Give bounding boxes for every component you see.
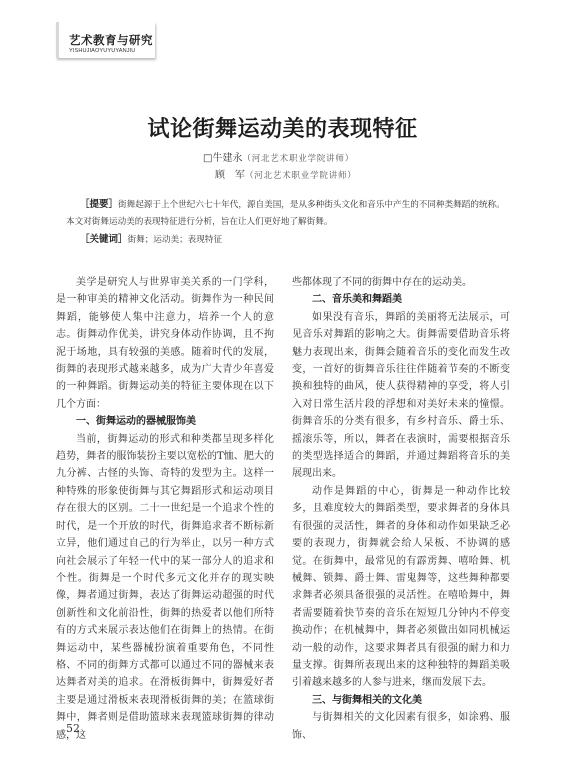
keywords-text: 街舞；运动美；表现特征 [128, 235, 223, 245]
abstract: ［提要］街舞起源于上个世纪六七十年代，源自美国，是从多种街头文化和音乐中产生的不… [66, 196, 506, 231]
abstract-block: ［提要］街舞起源于上个世纪六七十年代，源自美国，是从多种街头文化和音乐中产生的不… [66, 196, 506, 249]
section-2-paragraph-2: 动作是舞蹈的中心，街舞是一种动作比较多，且难度较大的舞蹈类型，要求舞者的身体具有… [292, 483, 510, 692]
section-1-continued: 些都体现了不同的街舞中存在的运动美。 [292, 274, 510, 291]
section-2-paragraph-1: 如果没有音乐，舞蹈的美丽将无法展示，可见音乐对舞蹈的影响之大。街舞需要借助音乐将… [292, 309, 510, 483]
author-affiliation: （河北艺术职业学院讲师） [245, 171, 357, 181]
journal-name-pinyin: YISHUJIAOYUYUYANJIU [69, 48, 135, 54]
author-name: 顾 军 [215, 170, 245, 181]
section-1-heading: 一、街舞运动的器械服饰美 [56, 413, 274, 430]
right-column: 些都体现了不同的街舞中存在的运动美。 二、音乐美和舞蹈美 如果没有音乐，舞蹈的美… [292, 274, 510, 744]
abstract-label: ［提要］ [80, 199, 118, 210]
section-2-heading: 二、音乐美和舞蹈美 [292, 291, 510, 308]
author-list: □牛建永（河北艺术职业学院讲师） 顾 军（河北艺术职业学院讲师） [203, 150, 357, 184]
keywords-label: ［关键词］ [80, 234, 128, 245]
section-1-paragraph: 当前，街舞运动的形式和种类都呈现多样化趋势，舞者的服饰装扮主要以宽松的T恤、肥大… [56, 431, 274, 744]
page-number: 52 [66, 722, 80, 735]
intro-paragraph: 美学是研究人与世界审美关系的一门学科，是一种审美的精神文化活动。街舞作为一种民间… [56, 274, 274, 413]
author-name: 牛建永 [212, 153, 242, 164]
author-affiliation: （河北艺术职业学院讲师） [242, 154, 354, 164]
keywords: ［关键词］街舞；运动美；表现特征 [66, 231, 506, 249]
journal-name: 艺术教育与研究 [69, 32, 153, 48]
journal-header-tag: 艺术教育与研究 YISHUJIAOYUYUYANJIU [56, 22, 155, 58]
section-3-heading: 三、与街舞相关的文化美 [292, 692, 510, 709]
author-1: □牛建永（河北艺术职业学院讲师） [203, 150, 357, 167]
author-2: 顾 军（河北艺术职业学院讲师） [203, 167, 357, 184]
abstract-text: 街舞起源于上个世纪六七十年代，源自美国，是从多种街头文化和音乐中产生的不同种类舞… [66, 200, 505, 227]
section-3-paragraph: 与街舞相关的文化因素有很多，如涂鸦、服饰、 [292, 709, 510, 744]
article-title: 试论街舞运动美的表现特征 [0, 112, 565, 143]
left-column: 美学是研究人与世界审美关系的一门学科，是一种审美的精神文化活动。街舞作为一种民间… [56, 274, 274, 744]
